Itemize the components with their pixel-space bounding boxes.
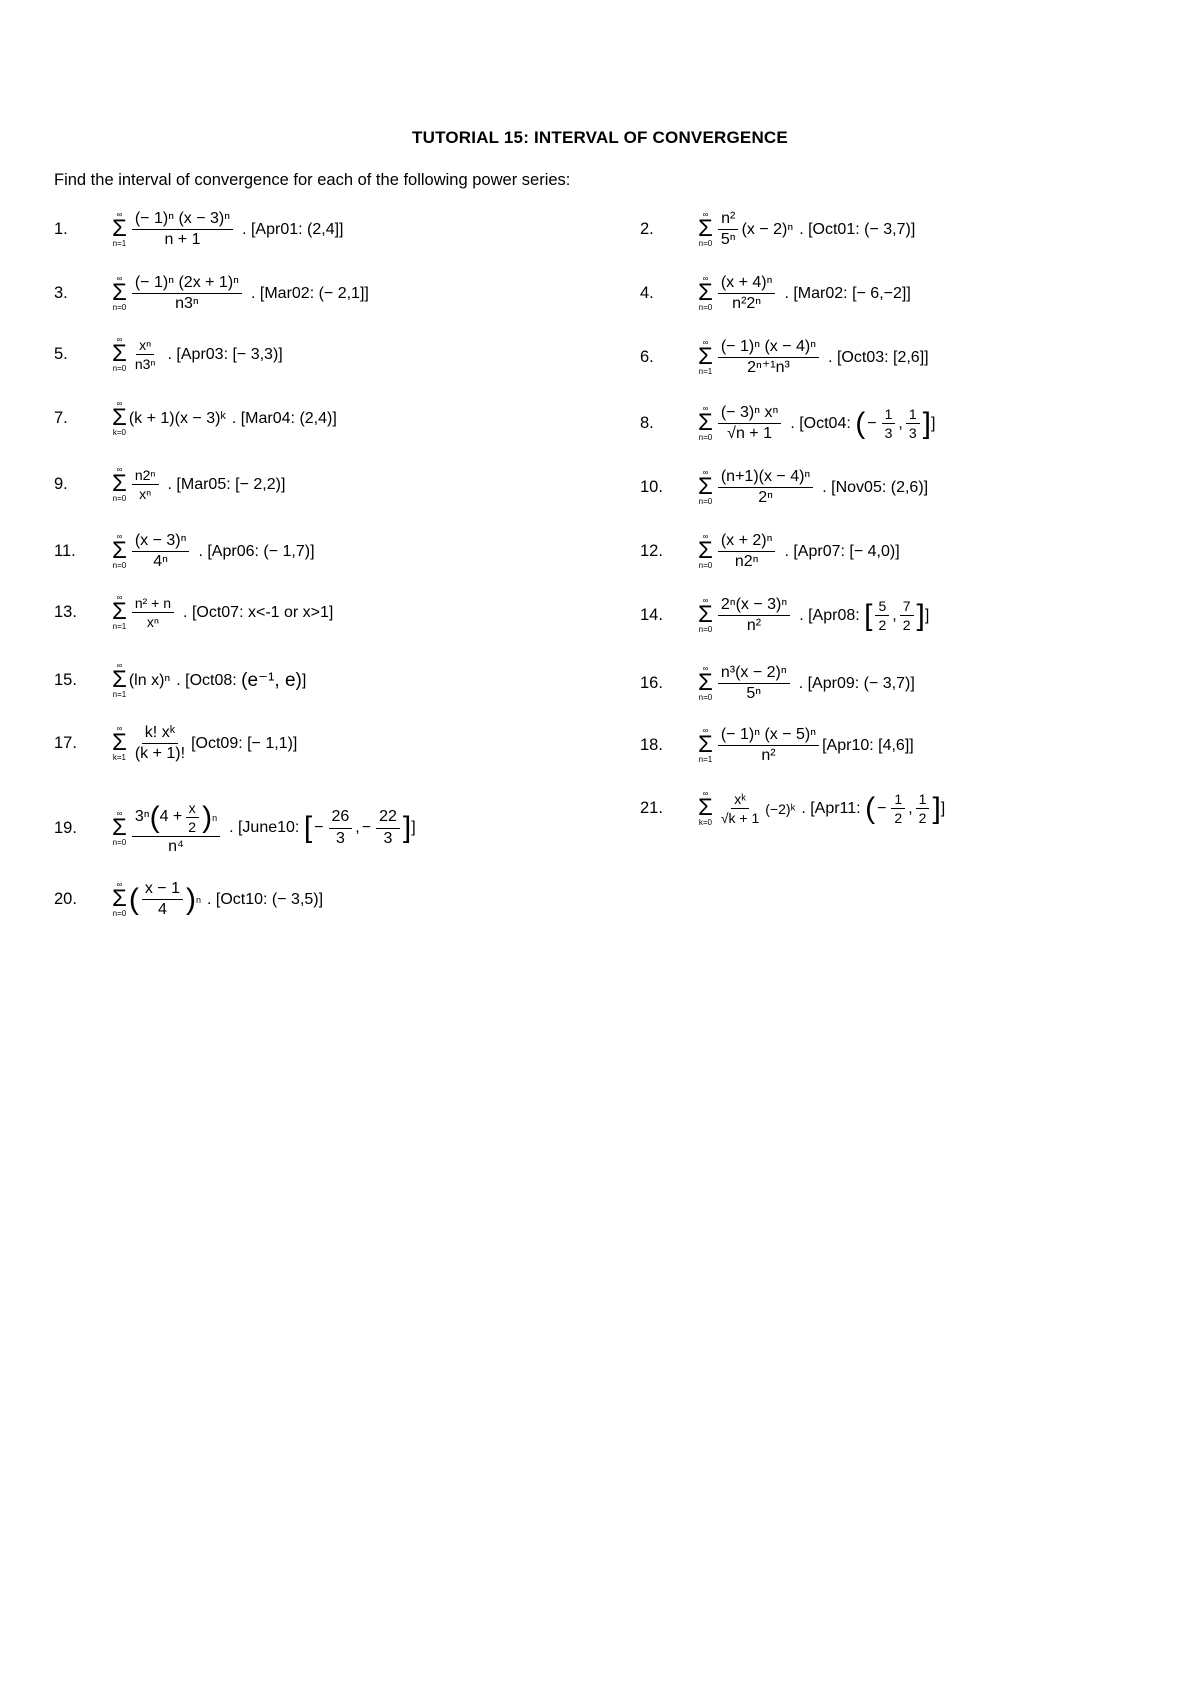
summation-icon: ∞Σn=0 [698,469,713,506]
expression: (k + 1)(x − 3)ᵏ [129,410,226,428]
fraction: (x − 3)ⁿ4ⁿ [132,532,190,572]
problem-number: 20. [54,890,112,909]
answer: . [Oct07: x<-1 or x>1] [183,604,333,622]
fraction: (− 1)ⁿ (x − 4)ⁿ2ⁿ⁺¹n³ [718,338,819,378]
problem-number: 4. [640,284,698,303]
problem-1: 1. ∞Σn=1 (− 1)ⁿ (x − 3)ⁿn + 1 . [Apr01: … [54,210,344,250]
summation-icon: ∞Σn=0 [112,275,127,312]
problem-number: 12. [640,542,698,561]
fraction: 2ⁿ(x − 3)ⁿn² [718,596,790,636]
answer: . [Oct08: (e⁻¹, e)] [176,669,306,692]
fraction: (− 1)ⁿ (2x + 1)ⁿn3ⁿ [132,274,242,314]
problem-20: 20. ∞Σn=0 ( x − 14 )n . [Oct10: (− 3,5)] [54,880,323,920]
answer: . [June10: [ − 263, − 223 ]] [229,808,416,848]
problem-15: 15. ∞Σn=1 (ln x)ⁿ . [Oct08: (e⁻¹, e)] [54,662,306,699]
problem-2: 2. ∞Σn=0 n²5ⁿ (x − 2)ⁿ . [Oct01: (− 3,7)… [640,210,915,250]
problem-6: 6. ∞Σn=1 (− 1)ⁿ (x − 4)ⁿ2ⁿ⁺¹n³ . [Oct03:… [640,338,929,378]
summation-icon: ∞Σk=0 [112,400,127,437]
answer: . [Apr01: (2,4]] [242,221,343,239]
problem-11: 11. ∞Σn=0 (x − 3)ⁿ4ⁿ . [Apr06: (− 1,7)] [54,532,315,572]
answer: . [Oct01: (− 3,7)] [799,221,915,239]
fraction: (− 1)ⁿ (x − 3)ⁿn + 1 [132,210,233,250]
summation-icon: ∞Σn=1 [112,662,127,699]
problem-18: 18. ∞Σn=1 (− 1)ⁿ (x − 5)ⁿn² [Apr10: [4,6… [640,726,914,766]
answer: . [Oct04: ( − 13, 13 ]] [790,406,935,441]
summation-icon: ∞Σn=1 [112,594,127,631]
answer: . [Oct03: [2,6]] [828,349,929,367]
problem-number: 2. [640,220,698,239]
problem-12: 12. ∞Σn=0 (x + 2)ⁿn2ⁿ . [Apr07: [− 4,0)] [640,532,900,572]
problem-number: 15. [54,671,112,690]
problem-number: 18. [640,736,698,755]
problem-number: 16. [640,674,698,693]
problem-4: 4. ∞Σn=0 (x + 4)ⁿn²2ⁿ . [Mar02: [− 6,−2]… [640,274,911,314]
problem-number: 19. [54,819,112,838]
answer: . [Apr08: [ 52, 72 ]] [799,598,929,633]
problem-21: 21. ∞Σk=0 xᵏ√k + 1 (−2)ᵏ . [Apr11: ( − 1… [640,790,945,827]
summation-icon: ∞Σn=0 [698,275,713,312]
problem-19: 19. ∞Σn=0 3ⁿ ( 4 + x2 )n n⁴ . [June10: [… [54,800,416,857]
instructions: Find the interval of convergence for eac… [54,171,570,190]
answer: . [Apr03: [− 3,3)] [168,346,283,364]
summation-icon: ∞Σn=0 [112,533,127,570]
fraction: xⁿn3ⁿ [132,337,159,372]
problem-5: 5. ∞Σn=0 xⁿn3ⁿ . [Apr03: [− 3,3)] [54,336,283,373]
summation-icon: ∞Σn=0 [698,211,713,248]
answer: [Apr10: [4,6]] [822,737,914,755]
fraction: 3ⁿ ( 4 + x2 )n n⁴ [132,800,220,857]
problem-number: 3. [54,284,112,303]
fraction: n³(x − 2)ⁿ5ⁿ [718,664,790,704]
problem-number: 21. [640,799,698,818]
fraction: n² + nxⁿ [132,595,174,630]
problem-number: 5. [54,345,112,364]
problem-9: 9. ∞Σn=0 n2ⁿxⁿ . [Mar05: [− 2,2)] [54,466,285,503]
problem-7: 7. ∞Σk=0 (k + 1)(x − 3)ᵏ . [Mar04: (2,4)… [54,400,337,437]
problem-number: 8. [640,414,698,433]
problem-number: 7. [54,409,112,428]
fraction: (x + 4)ⁿn²2ⁿ [718,274,776,314]
summation-icon: ∞Σn=0 [698,597,713,634]
answer: . [Mar05: [− 2,2)] [168,476,286,494]
summation-icon: ∞Σn=1 [112,211,127,248]
expression: (−2)ᵏ [765,801,795,817]
summation-icon: ∞Σn=0 [112,881,127,918]
fraction: (x + 2)ⁿn2ⁿ [718,532,776,572]
problem-16: 16. ∞Σn=0 n³(x − 2)ⁿ5ⁿ . [Apr09: (− 3,7)… [640,664,915,704]
page-title: TUTORIAL 15: INTERVAL OF CONVERGENCE [0,128,1200,148]
fraction: (− 1)ⁿ (x − 5)ⁿn² [718,726,819,766]
summation-icon: ∞Σn=0 [698,665,713,702]
fraction: x − 14 [142,880,183,920]
problem-number: 6. [640,348,698,367]
answer: . [Mar04: (2,4)] [232,410,337,428]
fraction: n²5ⁿ [718,210,739,250]
answer: . [Nov05: (2,6)] [822,479,928,497]
fraction: (n+1)(x − 4)ⁿ2ⁿ [718,468,813,508]
problem-number: 11. [54,542,112,561]
answer: . [Mar02: (− 2,1]] [251,285,369,303]
problem-number: 17. [54,734,112,753]
fraction: (− 3)ⁿ xⁿ√n + 1 [718,404,781,444]
summation-icon: ∞Σn=1 [698,727,713,764]
fraction: k! xᵏ(k + 1)! [132,724,188,764]
problem-number: 13. [54,603,112,622]
answer: . [Apr06: (− 1,7)] [198,543,314,561]
problem-3: 3. ∞Σn=0 (− 1)ⁿ (2x + 1)ⁿn3ⁿ . [Mar02: (… [54,274,369,314]
answer: . [Oct10: (− 3,5)] [207,891,323,909]
summation-icon: ∞Σk=1 [112,725,127,762]
problem-number: 1. [54,220,112,239]
expression: (x − 2)ⁿ [742,221,794,239]
problem-10: 10. ∞Σn=0 (n+1)(x − 4)ⁿ2ⁿ . [Nov05: (2,6… [640,468,928,508]
answer: . [Apr09: (− 3,7)] [799,675,915,693]
answer: . [Mar02: [− 6,−2]] [784,285,910,303]
answer: [Oct09: [− 1,1)] [191,735,297,753]
fraction: xᵏ√k + 1 [718,791,762,826]
summation-icon: ∞Σk=0 [698,790,713,827]
problem-13: 13. ∞Σn=1 n² + nxⁿ . [Oct07: x<-1 or x>1… [54,594,333,631]
answer: . [Apr07: [− 4,0)] [784,543,899,561]
problem-number: 10. [640,478,698,497]
problem-8: 8. ∞Σn=0 (− 3)ⁿ xⁿ√n + 1 . [Oct04: ( − 1… [640,404,935,444]
expression: (ln x)ⁿ [129,672,170,690]
problem-number: 9. [54,475,112,494]
problem-17: 17. ∞Σk=1 k! xᵏ(k + 1)! [Oct09: [− 1,1)] [54,724,297,764]
summation-icon: ∞Σn=0 [112,336,127,373]
problem-number: 14. [640,606,698,625]
summation-icon: ∞Σn=0 [112,810,127,847]
summation-icon: ∞Σn=0 [698,405,713,442]
fraction: n2ⁿxⁿ [132,467,159,502]
summation-icon: ∞Σn=0 [112,466,127,503]
summation-icon: ∞Σn=1 [698,339,713,376]
summation-icon: ∞Σn=0 [698,533,713,570]
problem-14: 14. ∞Σn=0 2ⁿ(x − 3)ⁿn² . [Apr08: [ 52, 7… [640,596,929,636]
answer: . [Apr11: ( − 12, 12 ]] [801,791,945,826]
